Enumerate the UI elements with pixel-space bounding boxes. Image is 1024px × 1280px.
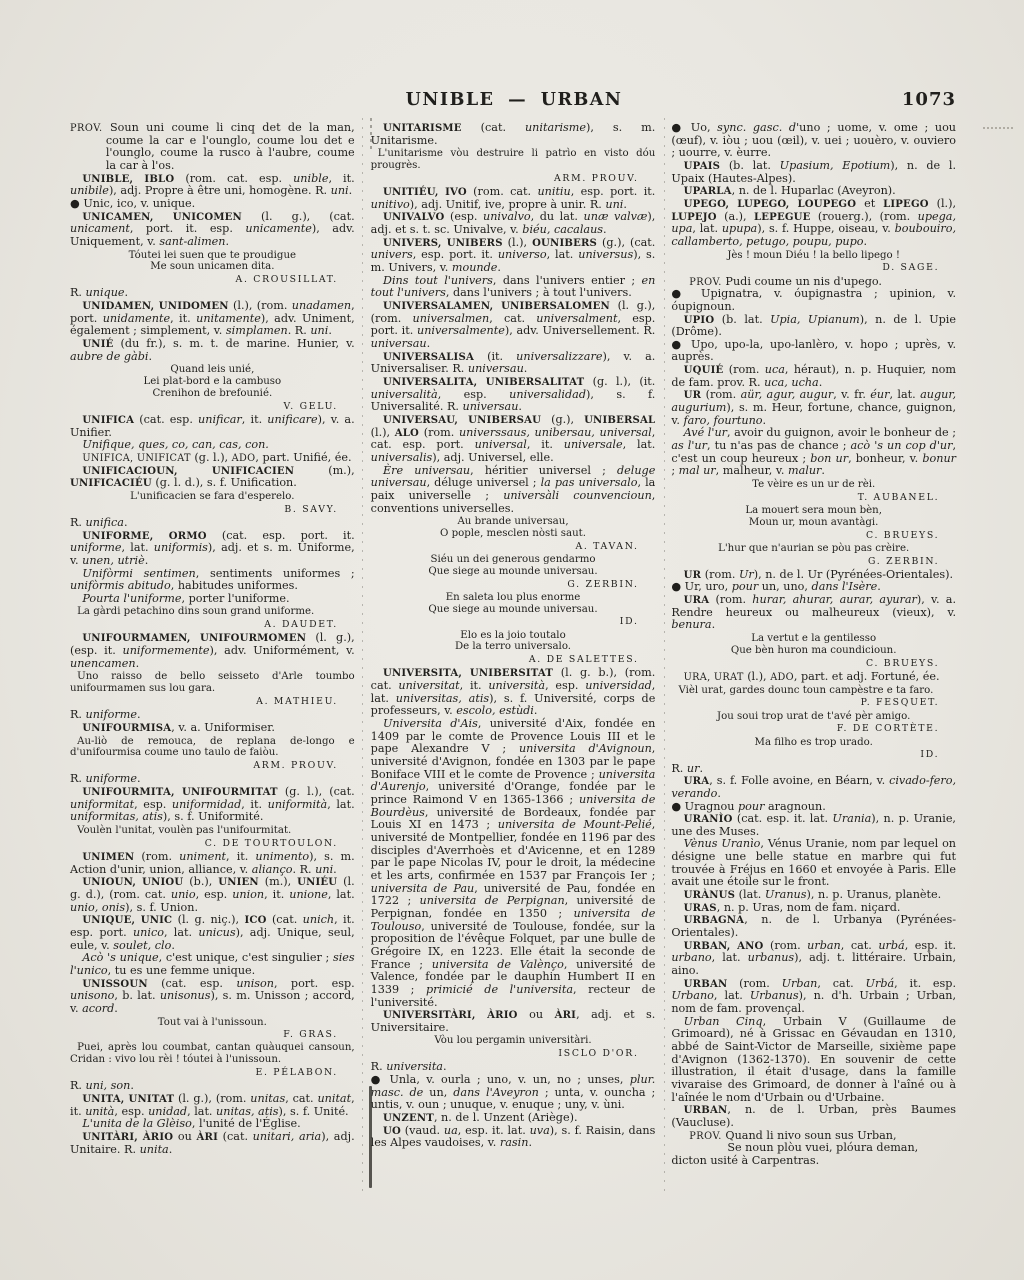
text-run: R. [70,286,86,299]
text-run: . [821,464,825,477]
text-run: (lat. [735,888,765,901]
bullet-note: ● Upignatra, v. óupignastra ; upinion, v… [671,288,956,313]
text-run: , déluge universel ; [427,476,541,489]
italic-term: bonur [922,452,956,465]
italic-term: Acò 's unique [82,951,158,964]
dictionary-entry: URANÌO (cat. esp. it. lat. Urania), n. p… [671,813,956,838]
dictionary-entry: UPAIS (b. lat. Upasium, Epotium), n. de … [671,160,956,185]
text-run: (rom. [701,568,739,581]
text-run: PROV. [70,123,103,134]
italic-term: universo [498,248,547,261]
attribution: C. BRUEYS. [671,530,956,541]
dictionary-entry: UNIVERSITÀRI, ÀRIO ou ÀRI, adj. et s. Un… [371,1009,656,1034]
verse-line: Elo es la joio toutalo [371,630,656,642]
italic-term: universita [386,1060,443,1073]
text-run: (cat. esp. [148,977,237,990]
text-run: , it. [241,798,267,811]
text-run: ● Upignatra, v. óupignastra ; upinion, v… [671,287,956,313]
dictionary-entry: UPARLA, n. de l. Huparlac (Aveyron). [671,185,956,198]
italic-term: unich [303,913,334,926]
text-run: Uno raisso de bello seisseto d'Arle toum… [70,671,355,694]
italic-term: universalidad [509,388,586,401]
proverb: PROV. Soun uni coume li cinq det de la m… [70,122,355,173]
italic-term: Avé l'ur [684,426,727,439]
paragraph: Urban Cinq, Urbain V (Guillaume de Grimo… [671,1016,956,1105]
dictionary-entry: URBAN, n. de l. Urban, près Baumes (Vauc… [671,1104,956,1129]
dictionary-entry: UNIVERSALISA (it. universalizzare), v. a… [371,351,656,376]
text-run: , esp. [545,679,585,692]
text-run: (rom. [134,850,179,863]
text-run: aragnoun. [764,800,825,813]
italic-term: union [232,888,264,901]
text-run: C. BRUEYS. [866,658,939,669]
text-run: PROV. [689,1131,722,1142]
text-run: (b. lat. [720,159,780,172]
dictionary-entry: UNIVALVO (esp. univalvo, du lat. unæ val… [371,211,656,236]
text-run: ), n. de l. Ur (Pyrénées-Orientales). [754,568,953,581]
italic-term: uniforme [86,772,137,785]
italic-term: univers [371,248,413,261]
text-run: Vòu lou pergamin universitàri. [434,1035,591,1046]
headword: UPIO [684,315,715,326]
italic-term: unione [289,888,328,901]
text-run: . R. [293,863,316,876]
headword: URBAN, ANO [684,941,764,952]
text-run: (l. g. niç.), [172,913,244,926]
verse-line: Tóutei lei suen que te proudigue [70,250,355,262]
italic-term: Ère universau [383,464,470,477]
dictionary-entry: UNIFICA (cat. esp. unificar, it. unifica… [70,414,355,439]
italic-term: uni [310,324,328,337]
text-run: , lat. [187,1105,216,1118]
text-run: , it. [226,850,255,863]
italic-term: unique [86,286,125,299]
text-run: R. [671,762,687,775]
text-run: , esp. it. [905,939,956,952]
text-run: (l.), [371,426,395,439]
text-run: , s. f. Folle avoine, en Béarn, v. [709,774,889,787]
headword: UNITIÉU, IVO [383,187,467,198]
text-run: Soun uni coume li cinq det de la man, co… [103,121,355,172]
italic-term: Universita d'Ais [383,717,478,730]
italic-term: ur [687,762,700,775]
text-run: , esp. port. it. [571,185,656,198]
dictionary-entry: UNIFICACIOUN, UNIFICACIEN (m.), UNIFICAC… [70,465,355,490]
text-run: (b.), [183,875,218,888]
attribution: A. CROUSILLAT. [70,274,355,285]
italic-term: univalvo [483,210,531,223]
attribution: G. ZERBIN. [671,556,956,567]
italic-term: sant-alimen [159,235,225,248]
dictionary-entry: UNIVERSALAMEN, UNIBERSALOMEN (l. g.), (r… [371,300,656,351]
italic-term: universita d'Avignoun [519,742,652,755]
centered-quotation: Te vèire es un ur de rèi. [671,479,956,491]
headword: OUNIBERS [532,238,597,249]
verse-quotation: Au brande universau,O pople, mesclen nòs… [371,516,656,540]
text-run: , cat. [841,939,879,952]
text-run: (cat. [462,121,525,134]
text-run: . [114,1002,118,1015]
italic-term: uniformis [154,541,208,554]
italic-term: universita de Mount-Pelié [498,818,652,831]
text-run: . [137,708,141,721]
text-run: (rom. [764,939,808,952]
text-run: , it. esp. [894,977,956,990]
italic-term: unisonus [160,989,211,1002]
text-run: , lat. [328,888,355,901]
attribution: ARM. PROUV. [70,760,355,771]
headword: UNIVERS, UNIBERS [383,238,503,249]
text-run: (rom. [701,388,740,401]
text-run: (a.), [717,210,754,223]
headword: UO [383,1126,401,1137]
headword: UNIVERSITA, UNIBERSITAT [383,668,553,679]
text-run: Quand li nivo soun sus Urban, [722,1129,897,1142]
verse-quotation: En saleta lou plus enormeQue siege au mo… [371,592,656,616]
italic-term: uniforme [86,708,137,721]
headword: UNIEN [218,877,259,888]
verse-line: Quand leis unié, [70,364,355,376]
prose-quotation: Uno raisso de bello seisseto d'Arle toum… [70,671,355,695]
italic-term: unitamente [196,312,261,325]
text-run: F. GRAS. [283,1029,338,1040]
italic-term: L'unita de la Glèiso [82,1117,192,1130]
text-run: , n. p. Uras, nom de fam. niçard. [717,901,901,914]
paragraph: Pourta l'uniforme, porter l'uniforme. [70,593,355,606]
text-run: Ma filho es trop urado. [755,737,873,748]
text-run: ARM. PROUV. [554,173,639,184]
headword: UQUIÉ [684,365,724,376]
italic-term: Urban Cinq [684,1015,763,1028]
italic-term: as l'ur [671,439,707,452]
text-run: ● Upo, upo-la, upo-lanlèro, v. hopo ; up… [671,338,956,364]
italic-term: Urania [832,812,871,825]
text-run: (vaud. [401,1124,444,1137]
text-run: . [226,235,230,248]
prose-quotation: Puei, après lou coumbat, cantan quàuquei… [70,1042,355,1066]
italic-term: universitat [398,679,459,692]
text-run: V. GELU. [284,401,338,412]
italic-term: universale [564,438,623,451]
text-run: (l. g.), (cat. [242,210,355,223]
italic-term: Ur [739,568,754,581]
dictionary-entry: UNIMEN (rom. uniment, it. unimento), s. … [70,851,355,876]
text-run: , dans l'univers ; à tout l'univers. [446,286,632,299]
italic-term: universalmen [413,312,490,325]
text-run: ), s. f. Unité. [279,1105,349,1118]
text-run: . [534,704,538,717]
italic-term: unicamente [245,222,311,235]
headword: URANÌO [684,814,733,825]
headword: UNIFICACIOUN, UNIFICACIEN [82,466,294,477]
verse-line: Crenihon de brefounié. [70,388,355,400]
italic-term: unitas [250,1092,285,1105]
italic-term: dans l'Aveyron [453,1086,539,1099]
text-run: (l. g.), (rom. [174,1092,250,1105]
headword: UNITÀRI, ÀRIO [82,1132,173,1143]
headword: UNITARISME [383,123,462,134]
italic-term: universita de Perpignan [420,894,565,907]
italic-term: universita de Pau [371,882,475,895]
headword: UR [684,390,702,401]
italic-term: Dins tout l'univers [383,274,493,287]
text-run: . [171,939,175,952]
text-run: . [125,286,129,299]
italic-term: uni [605,198,623,211]
text-run: , l'unité de l'Église. [192,1117,301,1130]
running-head: UNIBLE — URBAN [70,90,958,110]
verse-quotation: Quand leis unié,Lei plat-bord e la cambu… [70,364,355,399]
text-run: Jou soui trop urat de t'avé pèr amigo. [717,711,910,722]
dictionary-entry: UNIVERS, UNIBERS (l.), OUNIBERS (g.), (c… [371,237,656,275]
text-run: T. AUBANEL. [858,492,940,503]
text-run: (l.), [503,236,532,249]
text-run: L'unitarisme vòu destruire li patrìo en … [371,148,656,171]
text-run: , Urbain V (Guillaume de Grimoard), né à… [671,1015,956,1104]
headword: UNICAMEN, UNICOMEN [82,212,242,223]
text-run: . [137,772,141,785]
centered-quotation: Tout vai à l'unissoun. [70,1017,355,1029]
italic-term: benura [671,618,711,631]
text-run: . [349,184,353,197]
attribution: B. SAVY. [70,504,355,515]
italic-term: universalizzare [516,350,602,363]
dictionary-entry: UNIVERSAU, UNIBERSAU (g.), UNIBERSAL (l.… [371,414,656,465]
attribution: ID. [671,749,956,760]
italic-term: universalmente [417,324,505,337]
italic-term: uva [530,1124,550,1137]
headword: LIPEGO [883,199,929,210]
text-run: ID. [620,616,639,627]
italic-term: universidad [585,679,652,692]
text-run: (rom. cat. [467,185,538,198]
attribution: E. PÉLABON. [70,1067,355,1078]
verse-quotation: La mouert sera moun bèn,Moun ur, moun av… [671,505,956,529]
text-run: , tu es une femme unique. [108,964,256,977]
text-run: . [877,580,881,593]
headword: LEPEGUE [754,212,811,223]
text-run: , du lat. [531,210,584,223]
headword: UNIFOURMISA [82,723,171,734]
verse-line: Que bèn huron ma coundicioun. [671,645,956,657]
prose-quotation: Vièl urat, gardes dounc toun campèstre e… [671,685,956,697]
headword: ALO [395,428,419,439]
italic-term: dans l'Isère [812,580,878,593]
text-run: . R. [288,324,311,337]
headword: ICO [244,915,266,926]
text-run: . [443,1060,447,1073]
italic-term: unio [171,888,196,901]
text-run: , b. lat. [114,989,159,1002]
dictionary-entry: UR (rom. aür, agur, augur, v. fr. éur, l… [671,389,956,427]
verse-line: Que siege au mounde universau. [371,604,656,616]
text-run: (rom. [709,593,752,606]
text-run: C. DE TOURTOULON. [205,838,338,849]
headword: UNIOUN, UNIOU [82,877,183,888]
text-run: . [169,1143,173,1156]
headword: ÀRI [197,1132,219,1143]
italic-term: unitat [317,1092,351,1105]
italic-term: Unifique, ques, co, can, cas, con. [82,438,269,451]
italic-term: urbanus [748,951,795,964]
text-run: , lat. [714,989,750,1002]
italic-term: uni, son [86,1079,131,1092]
text-run: A. DE SALETTES. [529,654,639,665]
ink-streak-artifact [370,118,372,152]
italic-term: urbá [878,939,904,952]
italic-term: universalis [371,451,433,464]
text-run: et [856,197,883,210]
attribution: P. FESQUET. [671,697,956,708]
text-run: , cat. [817,977,865,990]
italic-term: uniment [179,850,226,863]
italic-term: unen, utriè [82,554,145,567]
italic-term: unifica [86,516,124,529]
text-run: Vièl urat, gardes dounc toun campèstre e… [678,685,933,696]
italic-term: unidamente [103,312,170,325]
italic-term: uniformitat [70,798,134,811]
page-number: 1073 [902,89,956,110]
italic-term: universau [371,337,427,350]
text-run: , esp. [114,1105,148,1118]
dictionary-entry: UNITIÉU, IVO (rom. cat. unitiu, esp. por… [371,186,656,211]
text-run: . [819,376,823,389]
dictionary-entry: UNISSOUN (cat. esp. unison, port. esp. u… [70,978,355,1016]
text-run: Se noun plòu vuei, plóura deman, [727,1141,918,1154]
text-run: G. ZERBIN. [567,579,638,590]
verse-line: Me soun unicamen dita. [70,261,355,273]
text-run: (rom. [723,363,764,376]
italic-term: pour [732,580,758,593]
text-run: ), adj. Propre à être uni, homogène. R. [109,184,331,197]
headword: ÀRI [555,1010,577,1021]
italic-term: Upia, Upianum [770,313,860,326]
attribution: ID. [371,616,656,627]
text-run: , tu n'as pas de chance ; [707,439,851,452]
italic-term: uniformitas, atis [70,810,163,823]
italic-term: bon ur [810,452,848,465]
column-3: ● Uo, sync. gasc. d'uno ; uome, v. ome ;… [671,122,956,1168]
dictionary-entry: UNIVERSITA, UNIBERSITAT (l. g. b.), (rom… [371,667,656,718]
headword: UNIDAMEN, UNIDOMEN [82,301,228,312]
paragraph: Universita d'Ais, université d'Aix, fond… [371,718,656,1009]
headword: UR [684,570,702,581]
text-run: . [528,1136,532,1149]
text-run: ), adv. Universellement. R. [505,324,656,337]
italic-term: unitari, aria [253,1130,322,1143]
text-run: , avoir du guignon, avoir le bonheur de … [727,426,956,439]
italic-term: upupa [722,222,757,235]
text-run: (cat. esp. port. it. [207,529,355,542]
italic-term: universsaus, unibersau, universal [459,426,652,439]
verse-line: Lei plat-bord e la cambuso [70,376,355,388]
text-run: (du fr.), s. m. t. de marine. Hunier, v. [114,337,355,350]
dictionary-entry: URBAN (rom. Urban, cat. Urbá, it. esp. U… [671,978,956,1016]
text-run: , part. Unifié, ée. [255,451,351,464]
text-run: Pudi coume un nis d'upego. [722,275,882,288]
centered-quotation: Jès ! moun Diéu ! la bello lipego ! [671,250,956,262]
text-run: . [623,198,627,211]
text-columns: PROV. Soun uni coume li cinq det de la m… [70,122,956,1168]
italic-term: faro, fourtuno [683,414,762,427]
italic-term: unisono [70,989,114,1002]
text-run: , héritier universel ; [470,464,617,477]
text-run: ), adv. Uniformément, v. [210,644,355,657]
dictionary-entry: UNIQUE, UNIC (l. g. niç.), ICO (cat. uni… [70,914,355,952]
text-run: . [699,762,703,775]
text-run: . [524,362,528,375]
italic-term: uni [331,184,349,197]
italic-term: escolo, estùdi [456,704,534,717]
text-run: , it. [170,312,196,325]
centered-quotation: Vòu lou pergamin universitàri. [371,1035,656,1047]
paragraph: Avé l'ur, avoir du guignon, avoir le bon… [671,427,956,478]
prose-quotation: L'unitarisme vòu destruire li patrìo en … [371,148,656,172]
verse-quotation: Tóutei lei suen que te proudigueMe soun … [70,250,355,274]
paragraph: Ère universau, héritier universel ; delu… [371,465,656,516]
text-run: , n. de l. Unzent (Ariège). [434,1111,578,1124]
verse-line: Que siege au mounde universau. [371,566,656,578]
text-run: . [717,787,721,800]
italic-term: universau [463,400,519,413]
text-run: (g. l. d.), s. f. Unification. [152,476,297,489]
text-run: ARM. PROUV. [253,760,338,771]
dictionary-entry: UNIFOURMAMEN, UNIFOURMOMEN (l. g.), (esp… [70,632,355,670]
italic-term: uniformidad [172,798,241,811]
text-run: A. CROUSILLAT. [236,274,338,285]
text-run: Voulèn l'unitat, voulèn pas l'unifourmit… [77,825,291,836]
text-run: . [518,400,522,413]
text-run: Jès ! moun Diéu ! la bello lipego ! [727,250,900,261]
text-run: , it. [242,413,268,426]
text-run: , esp. it. lat. [458,1124,530,1137]
italic-term: sync. gasc. d' [717,121,799,134]
dictionary-entry: UQUIÉ (rom. uca, héraut), n. p. Huquier,… [671,364,956,389]
text-run: (g.), (cat. [597,236,655,249]
text-run: B. SAVY. [284,504,338,515]
italic-term: Unifòrmi sentimen [82,567,195,580]
text-run: , lat. [889,388,920,401]
italic-term: uniformemente [123,644,210,657]
italic-term: unencamen [70,657,136,670]
centered-quotation: Jou soui trop urat de t'avé pèr amigo. [671,711,956,723]
text-run: (b. lat. [714,313,770,326]
italic-term: simplamen [226,324,288,337]
dictionary-entry: UNICAMEN, UNICOMEN (l. g.), (cat. unicam… [70,211,355,249]
dictionary-entry: UNIOUN, UNIOU (b.), UNIEN (m.), UNIÉU (l… [70,876,355,914]
prose-quotation: Voulèn l'unitat, voulèn pas l'unifourmit… [70,825,355,837]
attribution: T. AUBANEL. [671,492,956,503]
italic-term: acò 's un cop d'ur [851,439,953,452]
text-run: , porter l'uniforme. [182,592,290,605]
italic-term: unibile [70,184,109,197]
attribution: D. SAGE. [671,262,956,273]
headword: URBAN [684,979,728,990]
text-run: (g. l.), [191,451,232,464]
text-run: , it. [264,888,289,901]
text-run: , lat. [121,541,153,554]
text-run: . [864,235,868,248]
attribution: C. BRUEYS. [671,658,956,669]
italic-term: unidad [148,1105,187,1118]
italic-term: unitarisme [525,121,586,134]
text-run: , malheur, v. [716,464,788,477]
bullet-note: ● Uo, sync. gasc. d'uno ; uome, v. ome ;… [671,122,956,160]
italic-term: mal ur [679,464,716,477]
italic-term: alianço [252,863,293,876]
text-run: , esp. [438,388,509,401]
text-run: , esp. [196,888,233,901]
